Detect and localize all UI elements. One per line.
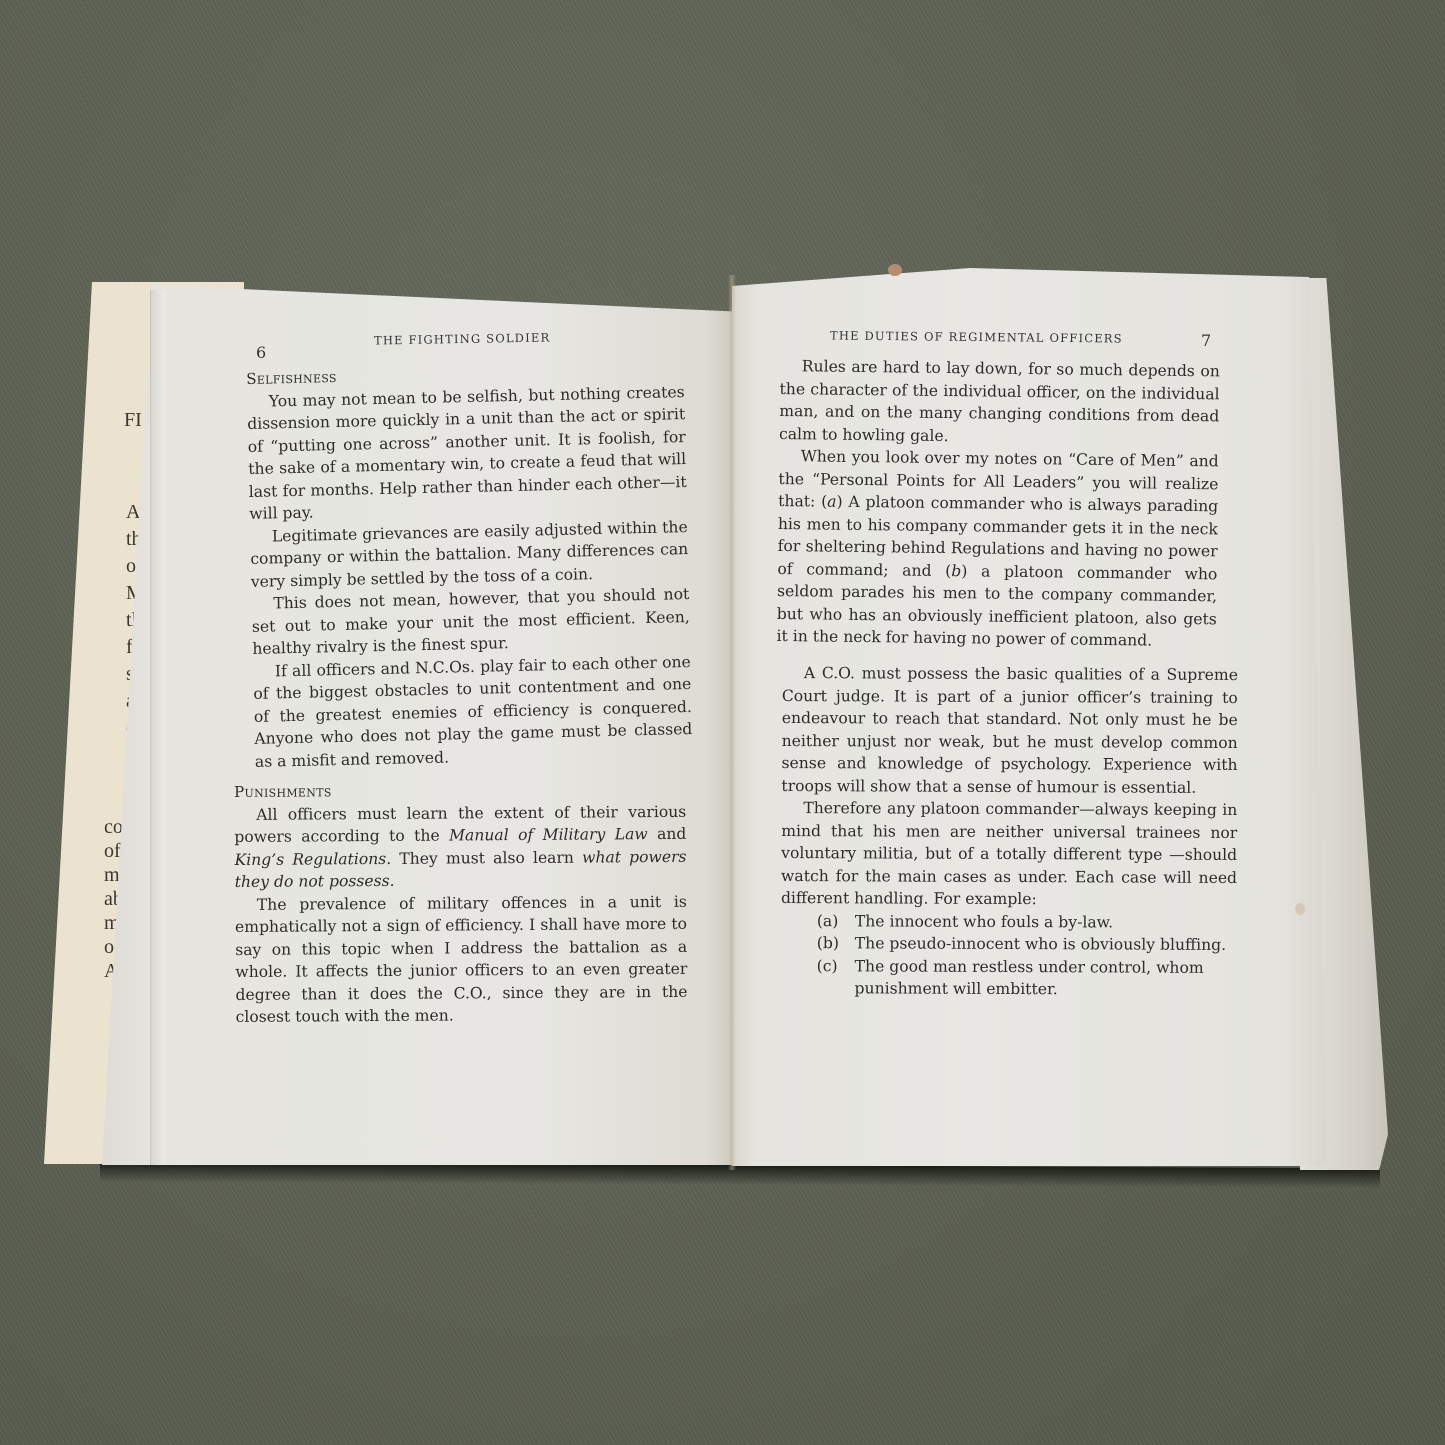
paragraph: Therefore any platoon commander—always k… [781, 797, 1237, 911]
right-page-body-bottom: A C.O. must possess the basic qualities … [781, 662, 1238, 1001]
page-number-left: 6 [256, 343, 266, 362]
list-marker: (c) [817, 955, 855, 1000]
section-punishments: Punishments All officers must learn the … [234, 778, 688, 1029]
text-run: . They must also learn [386, 848, 582, 867]
paragraph: When you look over my notes on “Care of … [776, 445, 1218, 653]
list-marker: (a) [817, 910, 855, 933]
section-heading: Punishments [234, 778, 686, 804]
book-gutter [728, 275, 736, 1170]
text-run: and [648, 825, 687, 843]
paragraph: Legitimate grievances are easily adjuste… [250, 516, 689, 593]
flap-text-fragment: FI [124, 407, 142, 434]
list-text: The innocent who fouls a by-law. [855, 910, 1237, 934]
list-item: (a) The innocent who fouls a by-law. [817, 910, 1237, 934]
right-page-body-top: Rules are hard to lay down, for so much … [776, 355, 1220, 653]
italic-title: Manual of Military Law [449, 825, 648, 844]
left-page-edge [150, 290, 165, 1165]
paper-stain [888, 264, 902, 276]
paragraph: You may not mean to be selfish, but noth… [247, 381, 688, 526]
paragraph: This does not mean, however, that you sh… [251, 583, 690, 660]
paragraph: All officers must learn the extent of th… [234, 800, 687, 893]
page-number-right: 7 [1201, 331, 1211, 350]
paragraph: If all officers and N.C.Os. play fair to… [253, 650, 693, 772]
list-marker: (b) [817, 932, 855, 955]
list-item: (c) The good man restless under control,… [817, 955, 1237, 1002]
italic-title: King’s Regulations [234, 849, 386, 868]
text-run: . [390, 872, 395, 890]
section-selfishness: Selfishness You may not mean to be selfi… [246, 358, 693, 773]
italic-marker: b [951, 562, 961, 580]
list-text: The good man restless under control, who… [855, 955, 1237, 1002]
paragraph: A C.O. must possess the basic qualities … [781, 662, 1238, 799]
list-item: (b) The pseudo-innocent who is obviously… [817, 932, 1237, 956]
paper-stain [1295, 903, 1305, 915]
paragraph: Rules are hard to lay down, for so much … [779, 355, 1220, 450]
paragraph: The prevalence of military offences in a… [235, 890, 688, 1028]
list-text: The pseudo-innocent who is obviously blu… [855, 932, 1237, 956]
